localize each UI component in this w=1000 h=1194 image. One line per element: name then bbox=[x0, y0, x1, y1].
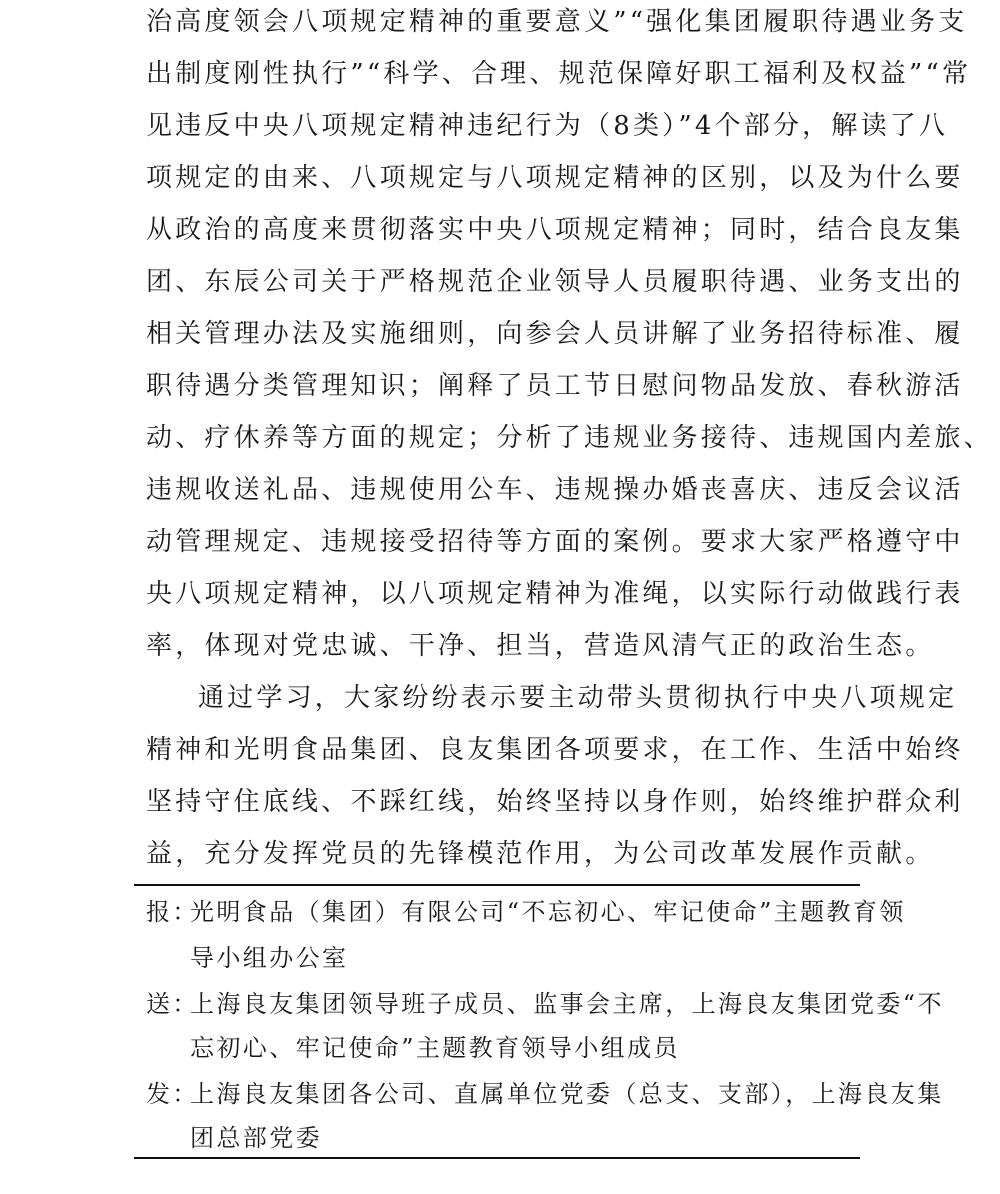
issue-to-text-cont: 团总部党委 bbox=[190, 1118, 322, 1158]
text-line: 坚持守住底线、不踩红线，始终坚持以身作则，始终维护群众利 bbox=[146, 782, 858, 822]
text-line: 精神和光明食品集团、良友集团各项要求，在工作、生活中始终 bbox=[146, 730, 858, 770]
send-to-text-cont: 忘初心、牢记使命”主题教育领导小组成员 bbox=[190, 1028, 680, 1068]
text-line: 职待遇分类管理知识；阐释了员工节日慰问物品发放、春秋游活 bbox=[146, 366, 858, 406]
text-line: 动、疗休养等方面的规定；分析了违规业务接待、违规国内差旅、 bbox=[146, 418, 858, 458]
text-line: 通过学习，大家纷纷表示要主动带头贯彻执行中央八项规定 bbox=[146, 678, 858, 718]
text-line: 违规收送礼品、违规使用公车、违规操办婚丧喜庆、违反会议活 bbox=[146, 470, 858, 510]
text-line: 益，充分发挥党员的先锋模范作用，为公司改革发展作贡献。 bbox=[146, 834, 858, 874]
text-line: 团、东辰公司关于严格规范企业领导人员履职待遇、业务支出的 bbox=[146, 262, 858, 302]
send-to-text: 上海良友集团领导班子成员、监事会主席，上海良友集团党委“不 bbox=[190, 984, 944, 1024]
text-line: 率，体现对党忠诚、干净、担当，营造风清气正的政治生态。 bbox=[146, 626, 858, 666]
text-line: 项规定的由来、八项规定与八项规定精神的区别，以及为什么要 bbox=[146, 158, 858, 198]
text-line: 治高度领会八项规定精神的重要意义”“强化集团履职待遇业务支 bbox=[146, 2, 858, 42]
report-to-label: 报： bbox=[146, 892, 190, 932]
text-line: 见违反中央八项规定精神违纪行为（8类）”4个部分，解读了八 bbox=[146, 106, 858, 146]
text-line: 央八项规定精神，以八项规定精神为准绳，以实际行动做践行表 bbox=[146, 574, 858, 614]
report-to-text: 光明食品（集团）有限公司“不忘初心、牢记使命”主题教育领 bbox=[190, 892, 906, 932]
issue-to-text: 上海良友集团各公司、直属单位党委（总支、支部），上海良友集 bbox=[190, 1074, 944, 1114]
text-line: 出制度刚性执行”“科学、合理、规范保障好职工福利及权益”“常 bbox=[146, 54, 858, 94]
text-line: 相关管理办法及实施细则，向参会人员讲解了业务招待标准、履 bbox=[146, 314, 858, 354]
report-to-line: 报：光明食品（集团）有限公司“不忘初心、牢记使命”主题教育领 bbox=[146, 892, 858, 932]
send-to-label: 送： bbox=[146, 984, 190, 1024]
report-to-text-cont: 导小组办公室 bbox=[190, 938, 348, 978]
text-line: 从政治的高度来贯彻落实中央八项规定精神；同时，结合良友集 bbox=[146, 210, 858, 250]
document-page: 治高度领会八项规定精神的重要意义”“强化集团履职待遇业务支 出制度刚性执行”“科… bbox=[0, 0, 1000, 1194]
bottom-divider-rule bbox=[134, 1157, 860, 1159]
send-to-line: 送：上海良友集团领导班子成员、监事会主席，上海良友集团党委“不 bbox=[146, 984, 858, 1024]
top-divider-rule bbox=[134, 884, 860, 886]
issue-to-line: 发：上海良友集团各公司、直属单位党委（总支、支部），上海良友集 bbox=[146, 1074, 858, 1114]
text-line: 动管理规定、违规接受招待等方面的案例。要求大家严格遵守中 bbox=[146, 522, 858, 562]
issue-to-label: 发： bbox=[146, 1074, 190, 1114]
